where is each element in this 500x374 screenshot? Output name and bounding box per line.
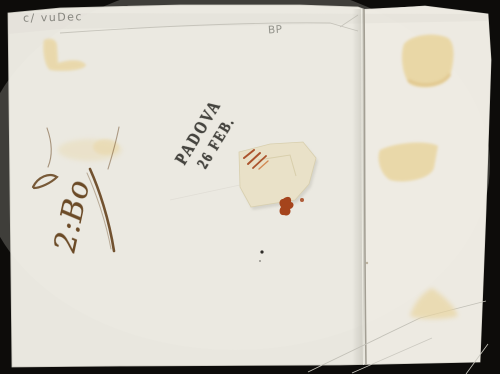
paper-speck [366, 262, 368, 264]
pencil-annotation-top-left: c/ vuDec [23, 10, 83, 25]
wax-dot [300, 198, 304, 202]
stain-left-band-2 [93, 139, 119, 155]
ink-dot-2 [259, 260, 261, 262]
photo-of-postal-cover-back: c/ vuDec BP PADOVA 26 FEB. 2:Bo [0, 0, 500, 374]
pencil-initials-mark: BP [268, 24, 283, 37]
ink-dot-1 [260, 250, 263, 253]
